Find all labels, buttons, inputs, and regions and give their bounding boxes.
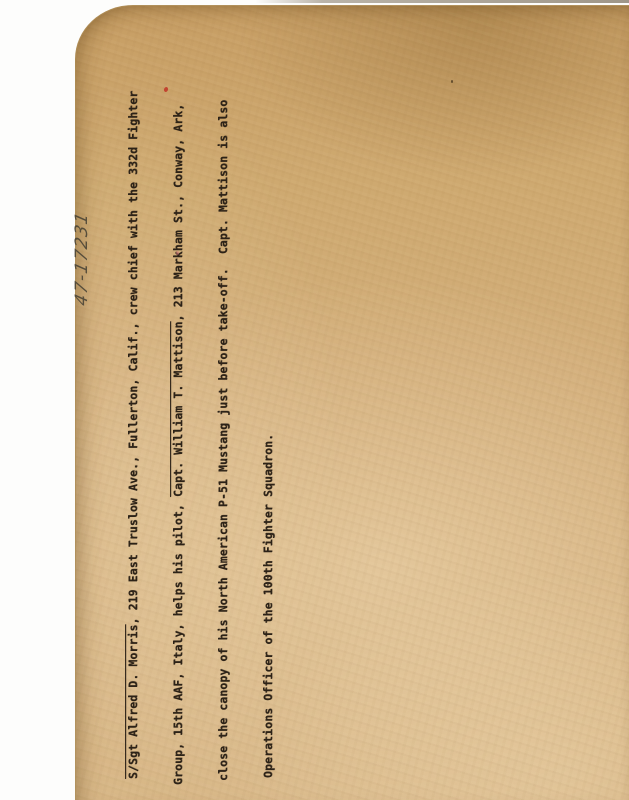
caption-line-1: S/Sgt Alfred D. Morris, 219 East Truslow…	[126, 75, 141, 785]
underlined-crew-chief-name: S/Sgt Alfred D. Morris	[126, 624, 140, 779]
caption-line-2-post: , 213 Markham St., Conway, Ark,	[171, 104, 185, 322]
underlined-pilot-name: Capt. William T. Mattison	[171, 321, 185, 497]
caption-line-2: Group, 15th AAF, Italy, helps his pilot,…	[171, 75, 186, 785]
caption-line-3: close the canopy of his North American P…	[216, 75, 231, 785]
pink-ink-speck	[176, 251, 179, 255]
caption-line-2-pre: Group, 15th AAF, Italy, helps his pilot,	[171, 497, 185, 785]
handwritten-catalog-number: 47-17231	[72, 209, 92, 308]
scanned-photo-back: 47-17231 S/Sgt Alfred D. Morris, 219 Eas…	[0, 0, 629, 800]
scanner-edge-artifact	[255, 0, 629, 3]
caption-line-1-rest: , 219 East Truslow Ave., Fullerton, Cali…	[126, 91, 140, 625]
typewritten-caption: S/Sgt Alfred D. Morris, 219 East Truslow…	[96, 75, 306, 785]
dark-paper-speck	[451, 80, 453, 83]
caption-line-4: Operations Officer of the 100th Fighter …	[261, 75, 276, 785]
